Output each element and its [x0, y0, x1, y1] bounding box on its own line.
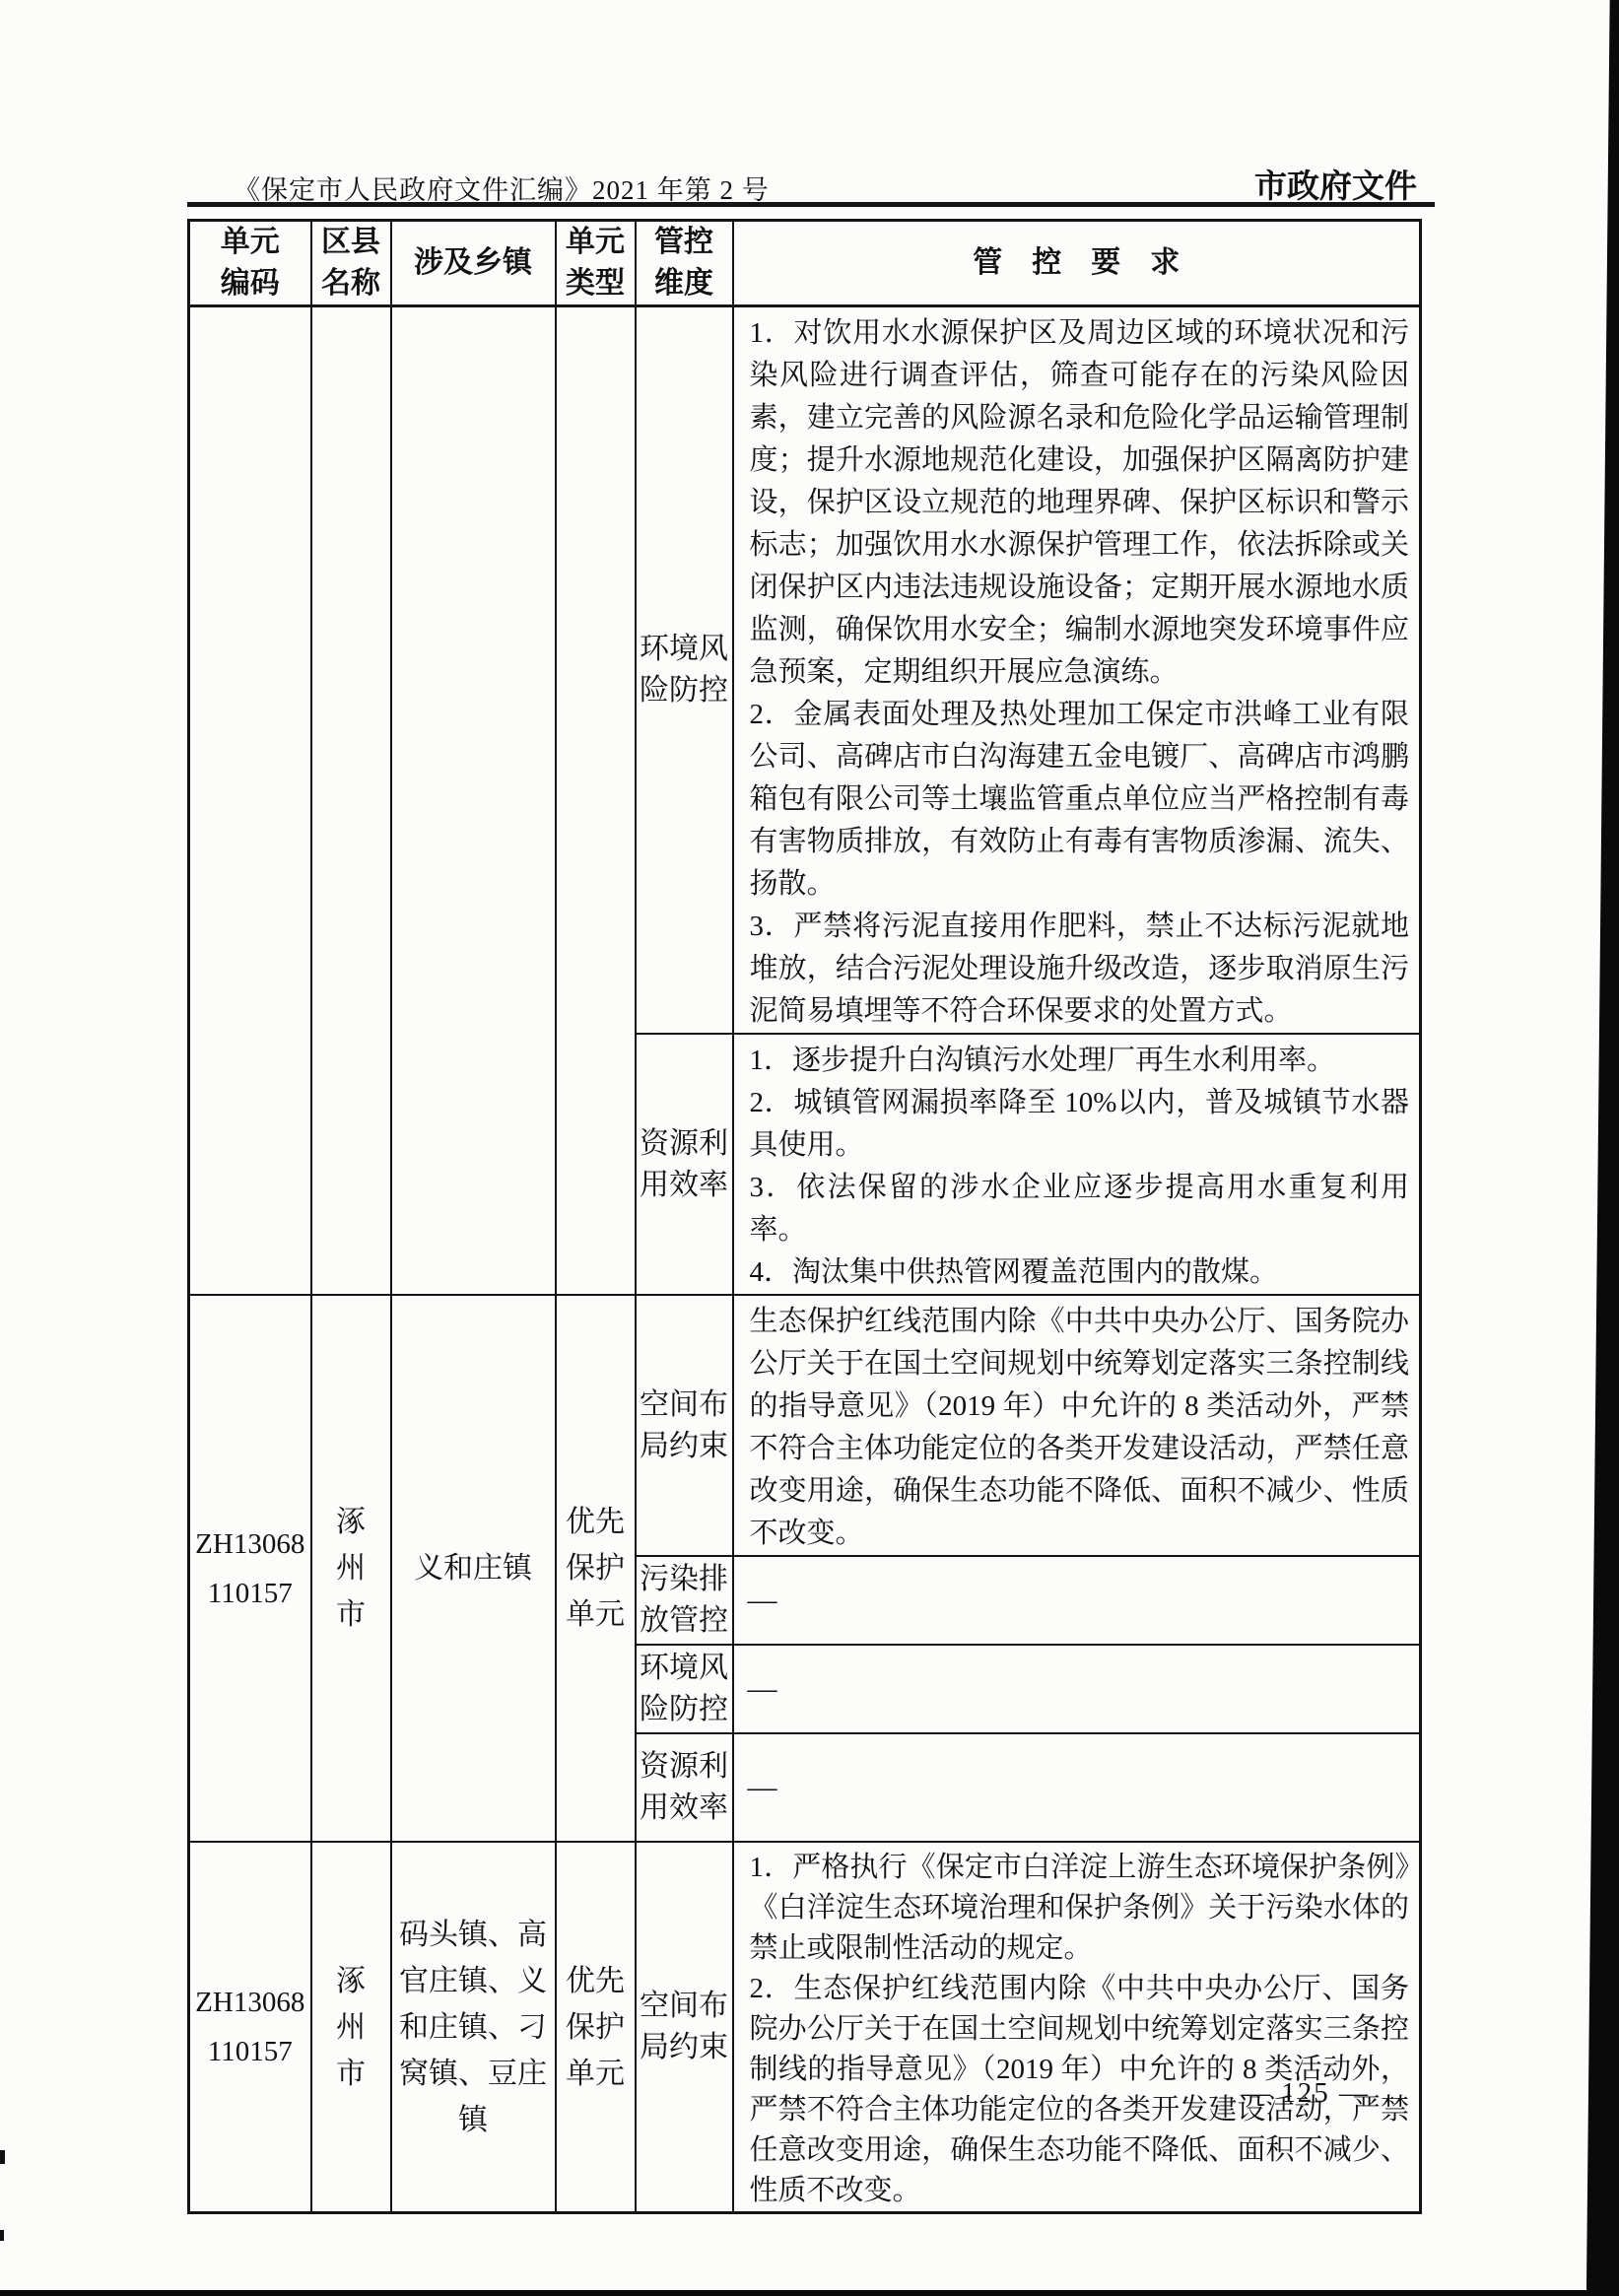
townships-cell	[391, 306, 556, 1296]
column-header-district: 区县 名称	[311, 221, 391, 306]
dimension-cell: 环境风 险防控	[636, 306, 733, 1035]
column-header-requirements: 管 控 要 求	[733, 221, 1421, 306]
requirement-item: 3．依法保留的涉水企业应逐步提高用水重复利用率。	[734, 1167, 1420, 1251]
requirement-item: 生态保护红线范围内除《中共中央办公厅、国务院办公厅关于在国土空间规划中统筹划定落…	[734, 1301, 1420, 1555]
header-rule	[187, 202, 1435, 207]
townships-cell: 义和庄镇	[391, 1295, 556, 1842]
unit-type-cell: 优先 保护 单元	[556, 1842, 636, 2213]
unit-code-cell: ZH13068 110157	[189, 1295, 311, 1842]
page-number: — 125 —	[1232, 2077, 1380, 2110]
district-cell: 涿 州 市	[311, 1842, 391, 2213]
document-page: 《保定市人民政府文件汇编》2021 年第 2 号 市政府文件 单元 编码 区县 …	[0, 0, 1619, 2296]
dimension-cell: 污染排 放管控	[636, 1556, 733, 1645]
scan-edge-bottom	[0, 2290, 1619, 2296]
requirement-item: 1．严格执行《保定市白洋淀上游生态环境保护条例》《白洋淀生态环境治理和保护条例》…	[734, 1848, 1420, 1969]
requirement-item: 3．严禁将污泥直接用作肥料，禁止不达标污泥就地堆放，结合污泥处理设施升级改造，逐…	[734, 906, 1420, 1033]
column-header-dimension: 管控 维度	[636, 221, 733, 306]
unit-code-cell	[189, 306, 311, 1296]
dimension-cell: 环境风 险防控	[636, 1645, 733, 1733]
townships-cell: 码头镇、高官庄镇、义和庄镇、刁窝镇、豆庄镇	[391, 1842, 556, 2213]
requirement-item: 2．城镇管网漏损率降至 10%以内，普及城镇节水器具使用。	[734, 1082, 1420, 1167]
requirements-cell: —	[733, 1556, 1421, 1645]
requirements-cell: 1．逐步提升白沟镇污水处理厂再生水利用率。 2．城镇管网漏损率降至 10%以内，…	[733, 1034, 1421, 1295]
table-row: ZH13068 110157 涿 州 市 义和庄镇 优先 保护 单元 空间布 局…	[189, 1295, 1421, 1556]
requirements-cell: 1．严格执行《保定市白洋淀上游生态环境保护条例》《白洋淀生态环境治理和保护条例》…	[733, 1842, 1421, 2213]
scan-speck	[0, 2230, 4, 2241]
table-row: ZH13068 110157 涿 州 市 码头镇、高官庄镇、义和庄镇、刁窝镇、豆…	[189, 1842, 1421, 2213]
control-requirements-table: 单元 编码 区县 名称 涉及乡镇 单元 类型 管控 维度 管 控 要 求 环境风…	[187, 219, 1422, 2214]
dimension-cell: 资源利 用效率	[636, 1733, 733, 1842]
column-header-townships: 涉及乡镇	[391, 221, 556, 306]
district-cell: 涿 州 市	[311, 1295, 391, 1842]
unit-code-cell: ZH13068 110157	[189, 1842, 311, 2213]
table-header-row: 单元 编码 区县 名称 涉及乡镇 单元 类型 管控 维度 管 控 要 求	[189, 221, 1421, 306]
scan-edge-right	[1584, 0, 1619, 2296]
requirement-item: 2．金属表面处理及热处理加工保定市洪峰工业有限公司、高碑店市白沟海建五金电镀厂、…	[734, 694, 1420, 906]
requirements-cell: —	[733, 1645, 1421, 1733]
requirement-item: —	[734, 1674, 1420, 1704]
unit-type-cell: 优先 保护 单元	[556, 1295, 636, 1842]
column-header-unit-type: 单元 类型	[556, 221, 636, 306]
requirements-cell: 生态保护红线范围内除《中共中央办公厅、国务院办公厅关于在国土空间规划中统筹划定落…	[733, 1295, 1421, 1556]
requirements-cell: —	[733, 1733, 1421, 1842]
scan-speck	[0, 2150, 5, 2164]
requirement-item: 1．对饮用水水源保护区及周边区域的环境状况和污染风险进行调查评估，筛查可能存在的…	[734, 312, 1420, 694]
dimension-cell: 空间布 局约束	[636, 1295, 733, 1556]
dimension-cell: 空间布 局约束	[636, 1842, 733, 2213]
document-header-right: 市政府文件	[1254, 161, 1417, 207]
table-row: 环境风 险防控 1．对饮用水水源保护区及周边区域的环境状况和污染风险进行调查评估…	[189, 306, 1421, 1035]
requirement-item: —	[734, 1773, 1420, 1802]
requirement-item: 4．淘汰集中供热管网覆盖范围内的散煤。	[734, 1251, 1420, 1294]
column-header-unit-code: 单元 编码	[189, 221, 311, 306]
unit-type-cell	[556, 306, 636, 1296]
requirement-item: —	[734, 1586, 1420, 1615]
district-cell	[311, 306, 391, 1296]
dimension-cell: 资源利 用效率	[636, 1034, 733, 1295]
requirements-cell: 1．对饮用水水源保护区及周边区域的环境状况和污染风险进行调查评估，筛查可能存在的…	[733, 306, 1421, 1035]
requirement-item: 1．逐步提升白沟镇污水处理厂再生水利用率。	[734, 1040, 1420, 1082]
